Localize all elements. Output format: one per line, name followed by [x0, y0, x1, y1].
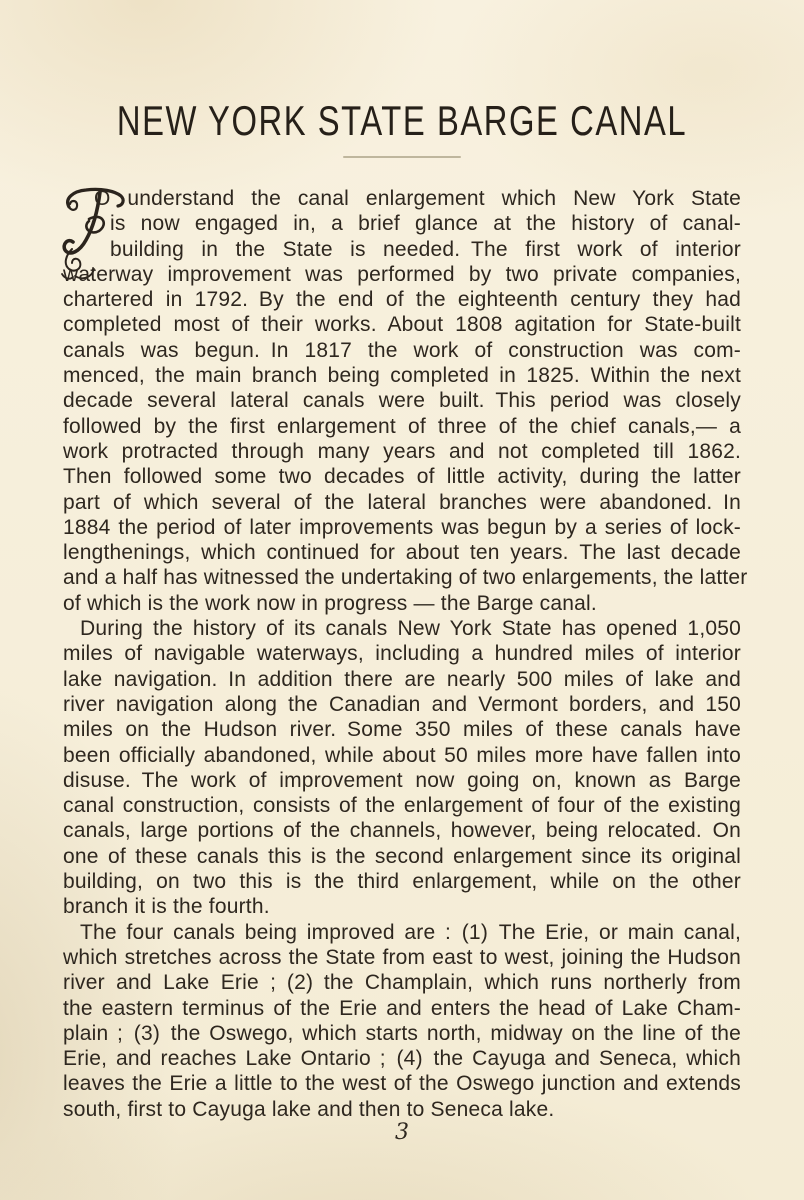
- text-line: canals, large portions of the channels, …: [63, 818, 741, 843]
- text-line: building, on two this is the third enlar…: [63, 869, 741, 894]
- text-line: During the history of its canals New Yor…: [63, 616, 741, 641]
- book-page: NEW YORK STATE BARGE CANAL O understand …: [0, 0, 804, 1200]
- page-title: NEW YORK STATE BARGE CANAL: [88, 100, 715, 142]
- text-line: work protracted through many years and n…: [63, 439, 741, 464]
- text-line: followed by the first enlargement of thr…: [63, 414, 741, 439]
- text-line: canal construction, consists of the enla…: [63, 793, 741, 818]
- page-number: 3: [0, 1120, 804, 1145]
- text-line: completed most of their works. About 180…: [63, 312, 741, 337]
- text-line: the eastern terminus of the Erie and ent…: [63, 996, 741, 1021]
- text-line: one of these canals this is the second e…: [63, 844, 741, 869]
- text-line: leaves the Erie a little to the west of …: [63, 1071, 741, 1096]
- paragraph: The four canals being improved are : (1)…: [63, 920, 741, 1122]
- text-line: river and Lake Erie ; (2) the Champlain,…: [63, 970, 741, 995]
- paragraph: O understand the canal enlargement which…: [63, 186, 741, 616]
- text-line: canals was begun. In 1817 the work of co…: [63, 338, 741, 363]
- title-divider: [343, 156, 461, 158]
- text-line: waterway improvement was performed by tw…: [63, 262, 741, 287]
- text-line: disuse. The work of improvement now goin…: [63, 768, 741, 793]
- text-line: lengthenings, which continued for about …: [63, 540, 741, 565]
- text-line: which stretches across the State from ea…: [63, 945, 741, 970]
- text-line: miles on the Hudson river. Some 350 mile…: [63, 717, 741, 742]
- text-line: and a half has witnessed the undertaking…: [63, 565, 741, 590]
- text-line: miles of navigable waterways, including …: [63, 641, 741, 666]
- text-line: south, first to Cayuga lake and then to …: [63, 1097, 741, 1122]
- text-line: 1884 the period of later improvements wa…: [63, 515, 741, 540]
- text-line: Then followed some two decades of little…: [63, 464, 741, 489]
- body-text: O understand the canal enlargement which…: [63, 186, 741, 1122]
- text-line: is now engaged in, a brief glance at the…: [63, 211, 741, 236]
- text-line: menced, the main branch being completed …: [63, 363, 741, 388]
- text-line: of which is the work now in progress — t…: [63, 591, 741, 616]
- text-line: O understand the canal enlargement which…: [63, 186, 741, 211]
- text-line: building in the State is needed. The fir…: [63, 237, 741, 262]
- text-line: The four canals being improved are : (1)…: [63, 920, 741, 945]
- text-line: Erie, and reaches Lake Ontario ; (4) the…: [63, 1046, 741, 1071]
- text-line: plain ; (3) the Oswego, which starts nor…: [63, 1021, 741, 1046]
- text-line: been officially abandoned, while about 5…: [63, 743, 741, 768]
- text-line: decade several lateral canals were built…: [63, 388, 741, 413]
- text-line: branch it is the fourth.: [63, 894, 741, 919]
- text-line: chartered in 1792. By the end of the eig…: [63, 287, 741, 312]
- paragraph: During the history of its canals New Yor…: [63, 616, 741, 920]
- text-line: river navigation along the Canadian and …: [63, 692, 741, 717]
- text-line: part of which several of the lateral bra…: [63, 490, 741, 515]
- text-line: lake navigation. In addition there are n…: [63, 667, 741, 692]
